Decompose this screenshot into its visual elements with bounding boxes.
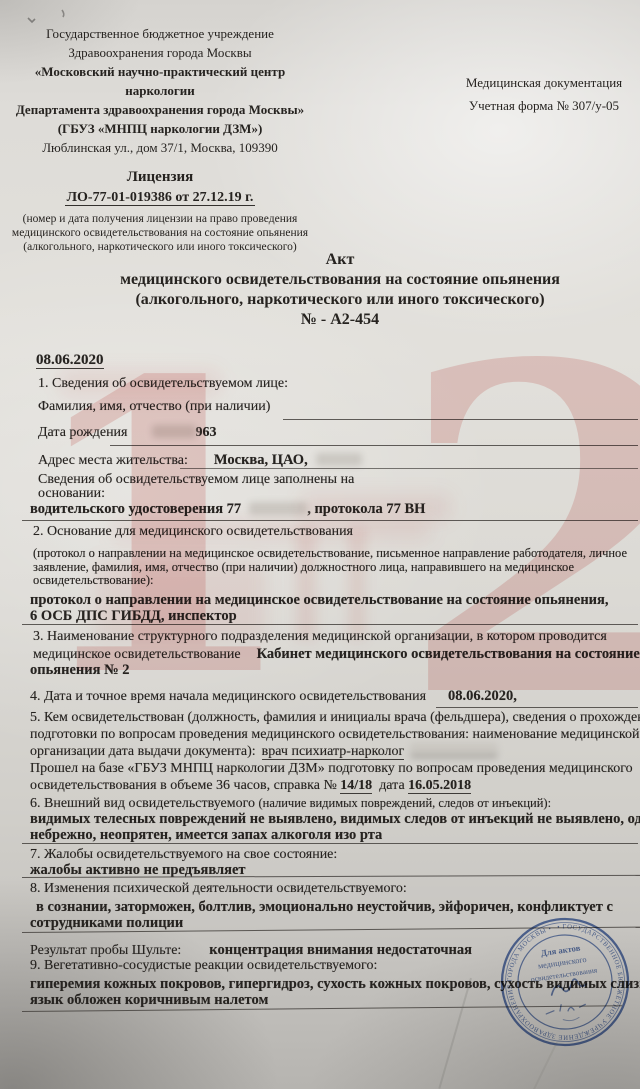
redaction-blur — [249, 502, 307, 515]
org-address: Люблинская ул., дом 37/1, Москва, 109390 — [10, 138, 310, 157]
stamp-center-text: Для актов медицинского освидетельствован… — [527, 941, 599, 984]
org-line: Государственное бюджетное учреждение — [10, 24, 310, 43]
section3-value: опьянения № 2 — [30, 661, 130, 679]
doc-info: Медицинская документация Учетная форма №… — [448, 71, 640, 117]
stamp-ring-text: • ГОСУДАРСТВЕННОЕ БЮДЖЕТНОЕ УЧРЕЖДЕНИЕ З… — [499, 916, 631, 1048]
address-line — [180, 468, 638, 469]
exam-date: 08.06.2020 — [36, 351, 104, 369]
section4-row: 4. Дата и точное время начала медицинско… — [30, 687, 517, 705]
redaction-blur — [152, 425, 196, 438]
address-value: Москва, ЦАО, — [214, 452, 308, 468]
section9-title: 9. Вегетативно-сосудистые реакции освиде… — [30, 957, 377, 975]
org-line: Департамента здравоохранения города Моск… — [10, 100, 310, 119]
round-stamp: • ГОСУДАРСТВЕННОЕ БЮДЖЕТНОЕ УЧРЕЖДЕНИЕ З… — [489, 906, 640, 1057]
doc-number: № - А2-454 — [40, 310, 640, 330]
doc-title: Акт медицинского освидетельствования на … — [40, 250, 640, 330]
stamp-signature — [542, 978, 591, 1024]
section5-line: подготовки по вопросам проведения медици… — [30, 726, 639, 744]
birth-line — [110, 445, 638, 446]
doc-title-line: Акт — [40, 250, 640, 270]
birth-row: Дата рождения963 — [38, 424, 217, 442]
doc-info-line: Медицинская документация — [448, 71, 640, 94]
section5-line: Прошел на базе «ГБУЗ МНПЦ наркологии ДЗМ… — [30, 760, 633, 778]
divider-line — [22, 520, 638, 521]
birth-label: Дата рождения — [38, 425, 128, 440]
paper-crease — [438, 978, 471, 1089]
section8-title: 8. Изменения психической деятельности ос… — [30, 880, 407, 898]
section3-title: 3. Наименование структурного подразделен… — [33, 628, 607, 646]
section5-row: организации дата выдачи документа):врач … — [30, 743, 498, 761]
section2-value: 6 ОСБ ДПС ГИБДД, инспектор — [30, 607, 237, 625]
address-label: Адрес места жительства: — [38, 453, 188, 468]
org-line: «Московский научно-практический центр — [10, 62, 310, 81]
basis-row: водительского удостоверения 77, протокол… — [30, 500, 425, 518]
doc-title-line: медицинского освидетельствования на сост… — [40, 270, 640, 290]
stamp-outer-ring — [494, 911, 636, 1053]
license-label: Лицензия — [10, 167, 310, 187]
license-number: ЛО-77-01-019386 от 27.12.19 г. — [10, 187, 310, 208]
redaction-blur — [410, 743, 498, 757]
document-page: Государственное бюджетное учреждение Здр… — [0, 0, 640, 1089]
fio-line — [283, 419, 638, 420]
divider-line — [22, 843, 638, 844]
section5-line: 5. Кем освидетельствован (должность, фам… — [30, 709, 640, 727]
doc-title-line: (алкогольного, наркотического или иного … — [40, 290, 640, 310]
address-row: Адрес места жительства:Москва, ЦАО, — [38, 451, 362, 469]
org-line: (ГБУЗ «МНПЦ наркологии ДЗМ») — [10, 119, 310, 138]
birth-value: 963 — [196, 425, 217, 440]
redaction-blur — [316, 453, 362, 466]
license-note: (номер и дата получения лицензии на прав… — [10, 212, 310, 254]
org-line: Здравоохранения города Москвы — [10, 43, 310, 62]
divider-line — [22, 624, 638, 625]
schulte-result: концентрация внимания недостаточная — [209, 942, 472, 958]
section1-title: 1. Сведения об освидетельствуемом лице: — [38, 375, 288, 393]
org-header: Государственное бюджетное учреждение Здр… — [10, 24, 310, 254]
org-line: наркологии — [10, 81, 310, 100]
section6-value: небрежно, неопрятен, имеется запах алког… — [30, 826, 382, 844]
section9-value: язык обложен коричнивым налетом — [30, 991, 268, 1009]
section2-note: освидетельствование): — [33, 571, 153, 589]
certificate-date: 16.05.2018 — [408, 778, 471, 794]
section5-row: освидетельствования в объеме 36 часов, с… — [30, 777, 471, 795]
certificate-number: 14/18 — [340, 778, 372, 794]
section2-title: 2. Основание для медицинского освидетель… — [33, 523, 353, 541]
fio-label: Фамилия, имя, отчество (при наличии) — [38, 398, 270, 416]
start-date: 08.06.2020, — [448, 688, 517, 704]
doc-info-line: Учетная форма № 307/у-05 — [448, 94, 640, 117]
section8-value: сотрудниками полиции — [30, 914, 183, 932]
doctor-title: врач психиатр-нарколог — [262, 744, 405, 760]
